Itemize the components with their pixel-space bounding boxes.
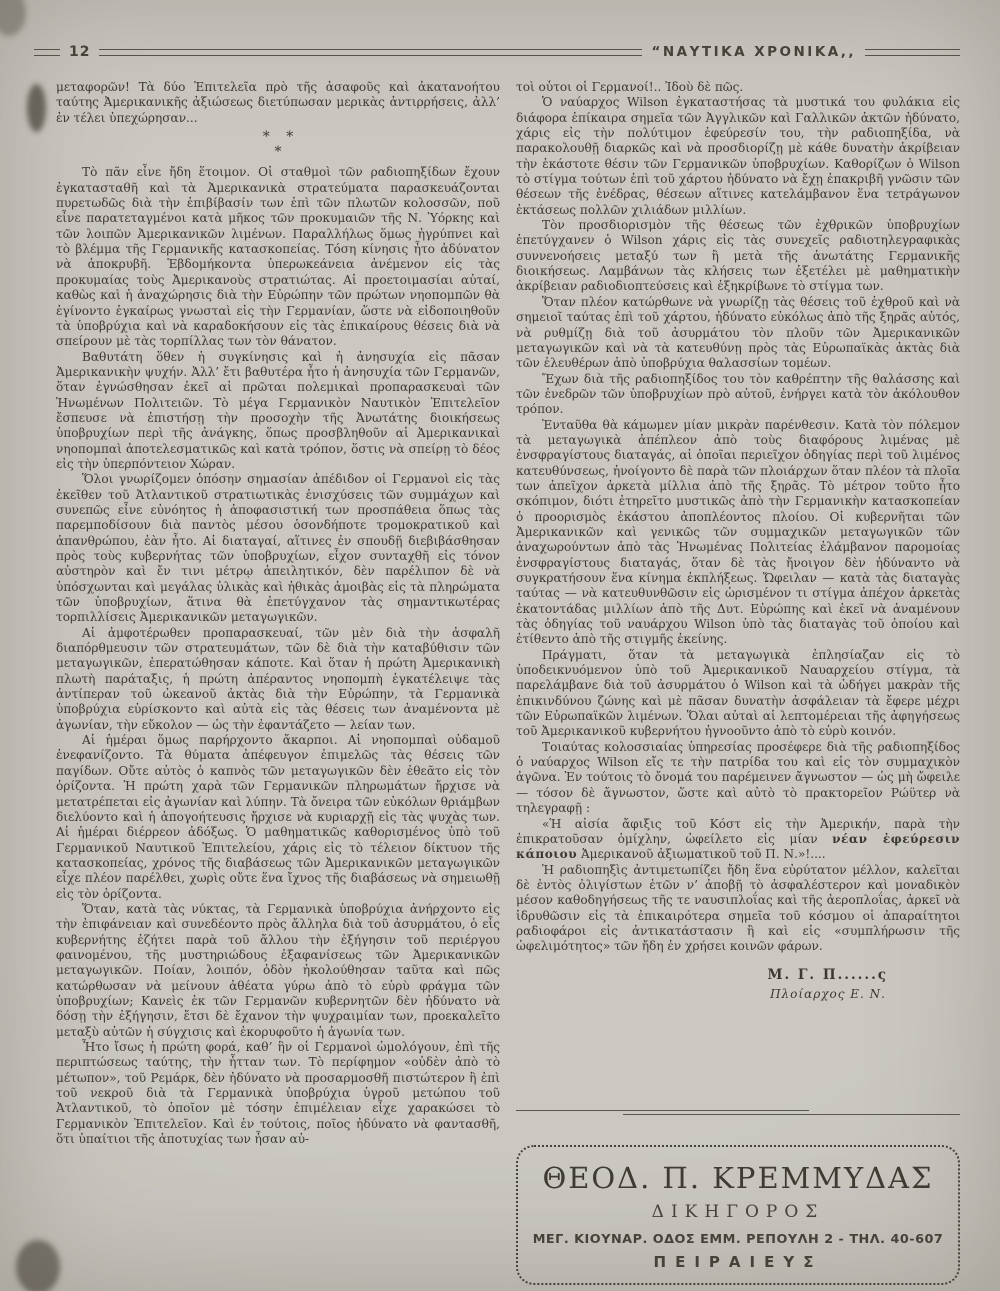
page-number: 12 — [69, 44, 90, 60]
advertiser-address: ΜΕΓ. ΚΙΟΥΝΑΡ. ΟΔΟΣ ΕΜΜ. ΡΕΠΟΥΛΗ 2 - ΤΗΛ.… — [526, 1232, 950, 1248]
paragraph: Ἡ ραδιοπηξὶς ἀντιμετωπίζει ἤδη ἕνα εὐρύτ… — [516, 863, 960, 955]
scan-smudge — [27, 84, 46, 132]
paragraph: Ὅταν, κατὰ τὰς νύκτας, τὰ Γερμανικὰ ὑποβ… — [56, 902, 500, 1040]
footer-rule-line — [623, 1114, 960, 1115]
journal-title: “ΝΑΥΤΙΚΑ ΧΡΟΝΙΚΑ,, — [651, 44, 856, 60]
paragraph: Βαθυτάτη ὅθεν ἡ συγκίνησις καὶ ἡ ἀνησυχί… — [56, 350, 500, 473]
paragraph: Τὸ πᾶν εἶνε ἤδη ἕτοιμον. Οἱ σταθμοὶ τῶν … — [56, 165, 500, 349]
paragraph: Ἦτο ἴσως ἡ πρώτη φορά, καθ’ ἣν οἱ Γερμαν… — [56, 1040, 500, 1147]
asterism-separator: * * * — [56, 130, 500, 159]
paragraph: Τὸν προσδιορισμὸν τῆς θέσεως τῶν ἐχθρικῶ… — [516, 218, 960, 295]
paragraph: Αἱ ἀμφοτέρωθεν προπαρασκευαί, τῶν μὲν δι… — [56, 626, 500, 733]
paragraph: Αἱ ἡμέραι ὅμως παρήρχοντο ἄκαρποι. Αἱ νη… — [56, 733, 500, 902]
header-rule-center — [99, 49, 642, 56]
footer-rule-line — [516, 1110, 809, 1111]
quote-text: Ἀμερικανοῦ ἀξιωματικοῦ τοῦ Π. Ν.»!.... — [577, 847, 826, 861]
reuters-quote-paragraph: «Ἡ αἰσία ἄφιξις τοῦ Κόστ εἰς τὴν Ἀμερική… — [516, 817, 960, 863]
scanned-magazine-page: 12 “ΝΑΥΤΙΚΑ ΧΡΟΝΙΚΑ,, μεταφορῶν! Τὰ δύο … — [0, 0, 1000, 1291]
advertisement-box: ΘΕΟΔ. Π. ΚΡΕΜΜΥΔΑΣ ΔΙΚΗΓΟΡΟΣ ΜΕΓ. ΚΙΟΥΝΑ… — [516, 1145, 960, 1285]
paragraph: Ὁ ναύαρχος Wilson ἐγκαταστήσας τὰ μυστικ… — [516, 95, 960, 218]
paragraph: Ἔχων διὰ τῆς ραδιοπηξίδος του τὸν καθρέπ… — [516, 372, 960, 418]
author-signature: Μ. Γ. Π......ς Πλοίαρχος Ε. Ν. — [516, 967, 960, 1002]
header-rule-right — [865, 49, 960, 56]
paragraph: Ὅταν πλέον κατώρθωνε νὰ γνωρίζῃ τὰς θέσε… — [516, 295, 960, 372]
paragraph: τοὶ οὗτοι οἱ Γερμανοί!.. Ἰδοὺ δὲ πῶς. — [516, 80, 960, 95]
paragraph: Τοιαύτας κολοσσιαίας ὑπηρεσίας προσέφερε… — [516, 740, 960, 817]
footer-rule — [516, 1110, 960, 1119]
author-rank: Πλοίαρχος Ε. Ν. — [516, 987, 888, 1002]
paragraph: Πράγματι, ὅταν τὰ μεταγωγικὰ ἐπλησίαζαν … — [516, 648, 960, 740]
author-initials: Μ. Γ. Π......ς — [516, 967, 888, 984]
article-body: μεταφορῶν! Τὰ δύο Ἐπιτελεῖα πρὸ τῆς ἀσαφ… — [56, 80, 960, 1285]
scan-smudge — [16, 1240, 60, 1291]
advertiser-city: ΠΕΙΡΑΙΕΥΣ — [526, 1253, 950, 1272]
advertiser-name: ΘΕΟΔ. Π. ΚΡΕΜΜΥΔΑΣ — [526, 1160, 950, 1197]
paragraph: Ἐνταῦθα θὰ κάμωμεν μίαν μικρὰν παρένθεσι… — [516, 418, 960, 648]
scan-smudge — [0, 0, 26, 36]
column-footer: ΘΕΟΔ. Π. ΚΡΕΜΜΥΔΑΣ ΔΙΚΗΓΟΡΟΣ ΜΕΓ. ΚΙΟΥΝΑ… — [516, 1110, 960, 1285]
running-head: 12 “ΝΑΥΤΙΚΑ ΧΡΟΝΙΚΑ,, — [34, 44, 960, 60]
asterism-top: * * — [56, 130, 500, 145]
right-column: τοὶ οὗτοι οἱ Γερμανοί!.. Ἰδοὺ δὲ πῶς. Ὁ … — [516, 80, 960, 1285]
advertiser-role: ΔΙΚΗΓΟΡΟΣ — [526, 1202, 950, 1224]
left-column: μεταφορῶν! Τὰ δύο Ἐπιτελεῖα πρὸ τῆς ἀσαφ… — [56, 80, 500, 1285]
header-rule-left — [34, 49, 60, 56]
asterism-bottom: * — [56, 145, 500, 160]
paragraph: Ὅλοι γνωρίζομεν ὁπόσην σημασίαν ἀπέδιδον… — [56, 472, 500, 625]
paragraph: μεταφορῶν! Τὰ δύο Ἐπιτελεῖα πρὸ τῆς ἀσαφ… — [56, 80, 500, 126]
